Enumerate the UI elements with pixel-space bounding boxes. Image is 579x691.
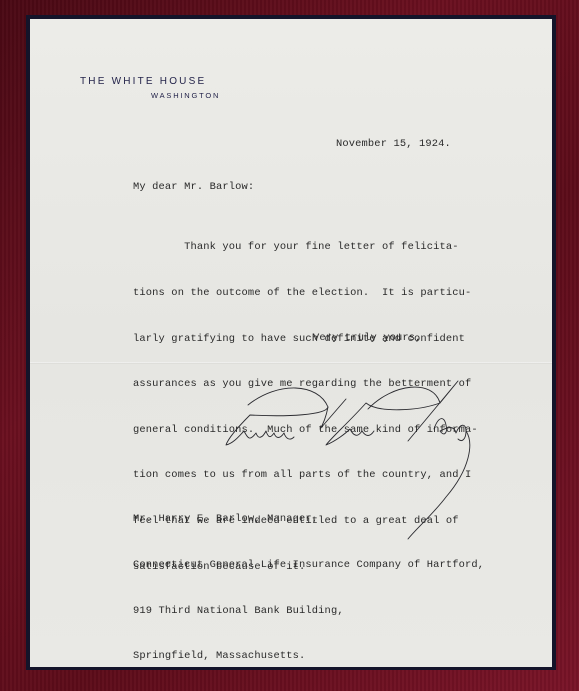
- body-line: larly gratifying to have such definite a…: [133, 332, 478, 347]
- address-line: 919 Third National Bank Building,: [133, 604, 484, 619]
- letter-salutation: My dear Mr. Barlow:: [133, 180, 254, 195]
- address-line: Springfield, Massachusetts.: [133, 649, 484, 664]
- letterhead-title: THE WHITE HOUSE: [80, 76, 206, 87]
- letter-date: November 15, 1924.: [336, 137, 451, 152]
- address-line: Connecticut General Life Insurance Compa…: [133, 558, 484, 573]
- address-line: Mr. Harry E. Barlow, Manager,: [133, 512, 484, 527]
- body-line: Thank you for your fine letter of felici…: [133, 240, 478, 255]
- letter-closing: Very truly yours,: [313, 331, 422, 346]
- letter-paper: THE WHITE HOUSE WASHINGTON November 15, …: [30, 19, 552, 667]
- body-line: tions on the outcome of the election. It…: [133, 286, 478, 301]
- recipient-address: Mr. Harry E. Barlow, Manager, Connecticu…: [133, 482, 484, 691]
- letterhead-city: WASHINGTON: [151, 91, 220, 100]
